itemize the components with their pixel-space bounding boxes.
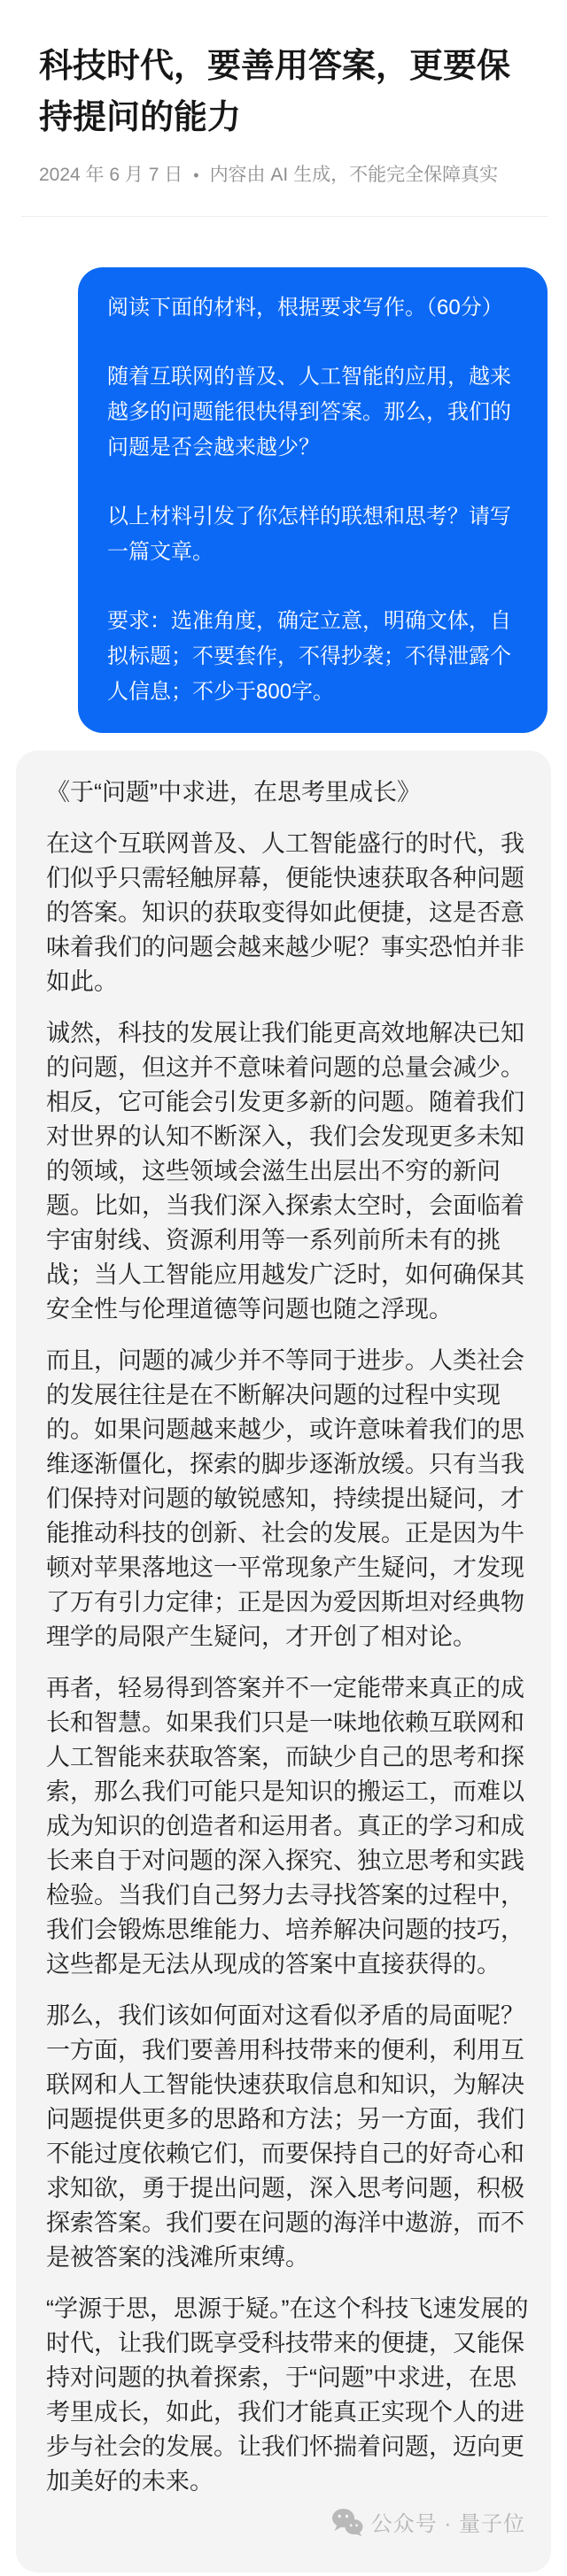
essay-paragraph: 而且，问题的减少并不等同于进步。人类社会的发展往往是在不断解决问题的过程中实现的… xyxy=(46,1344,529,1654)
essay-paragraph: 诚然，科技的发展让我们能更高效地解决已知的问题，但这并不意味着问题的总量会减少。… xyxy=(46,1016,529,1327)
watermark: 公众号 · 量子位 xyxy=(46,2506,529,2537)
prompt-paragraph: 要求：选准角度，确定立意，明确文体，自拟标题；不要套作，不得抄袭；不得泄露个人信… xyxy=(107,604,518,710)
dot-separator: • xyxy=(193,158,198,193)
essay-bubble: 《于“问题”中求进，在思考里成长》 在这个互联网普及、人工智能盛行的时代，我们似… xyxy=(16,751,551,2572)
essay-paragraph: 在这个互联网普及、人工智能盛行的时代，我们似乎只需轻触屏幕，便能快速获取各种问题… xyxy=(46,827,529,999)
prompt-paragraph: 以上材料引发了你怎样的联想和思考？请写一篇文章。 xyxy=(107,499,518,570)
prompt-paragraph: 阅读下面的材料，根据要求写作。（60分） xyxy=(107,290,518,326)
article-page: 科技时代，要善用答案，更要保持提问的能力 2024 年 6 月 7 日•内容由 … xyxy=(0,0,567,2576)
essay-paragraph: 再者，轻易得到答案并不一定能带来真正的成长和智慧。如果我们只是一味地依赖互联网和… xyxy=(46,1671,529,1982)
wechat-icon xyxy=(331,2508,363,2536)
prompt-paragraph: 随着互联网的普及、人工智能的应用，越来越多的问题能很快得到答案。那么，我们的问题… xyxy=(107,359,518,466)
meta-line: 2024 年 6 月 7 日•内容由 AI 生成，不能完全保障真实 xyxy=(39,158,528,193)
divider xyxy=(21,216,548,217)
ai-disclaimer: 内容由 AI 生成，不能完全保障真实 xyxy=(210,165,499,185)
publish-date: 2024 年 6 月 7 日 xyxy=(39,165,183,185)
essay-paragraph: 那么，我们该如何面对这看似矛盾的局面呢？一方面，我们要善用科技带来的便利，利用互… xyxy=(46,1999,529,2275)
essay-paragraph: “学源于思，思源于疑。”在这个科技飞速发展的时代，让我们既享受科技带来的便捷，又… xyxy=(46,2292,529,2499)
watermark-label: 公众号 · 量子位 xyxy=(371,2506,525,2537)
essay-title: 《于“问题”中求进，在思考里成长》 xyxy=(46,775,529,810)
prompt-bubble: 阅读下面的材料，根据要求写作。（60分） 随着互联网的普及、人工智能的应用，越来… xyxy=(78,267,548,733)
page-title: 科技时代，要善用答案，更要保持提问的能力 xyxy=(39,41,530,143)
